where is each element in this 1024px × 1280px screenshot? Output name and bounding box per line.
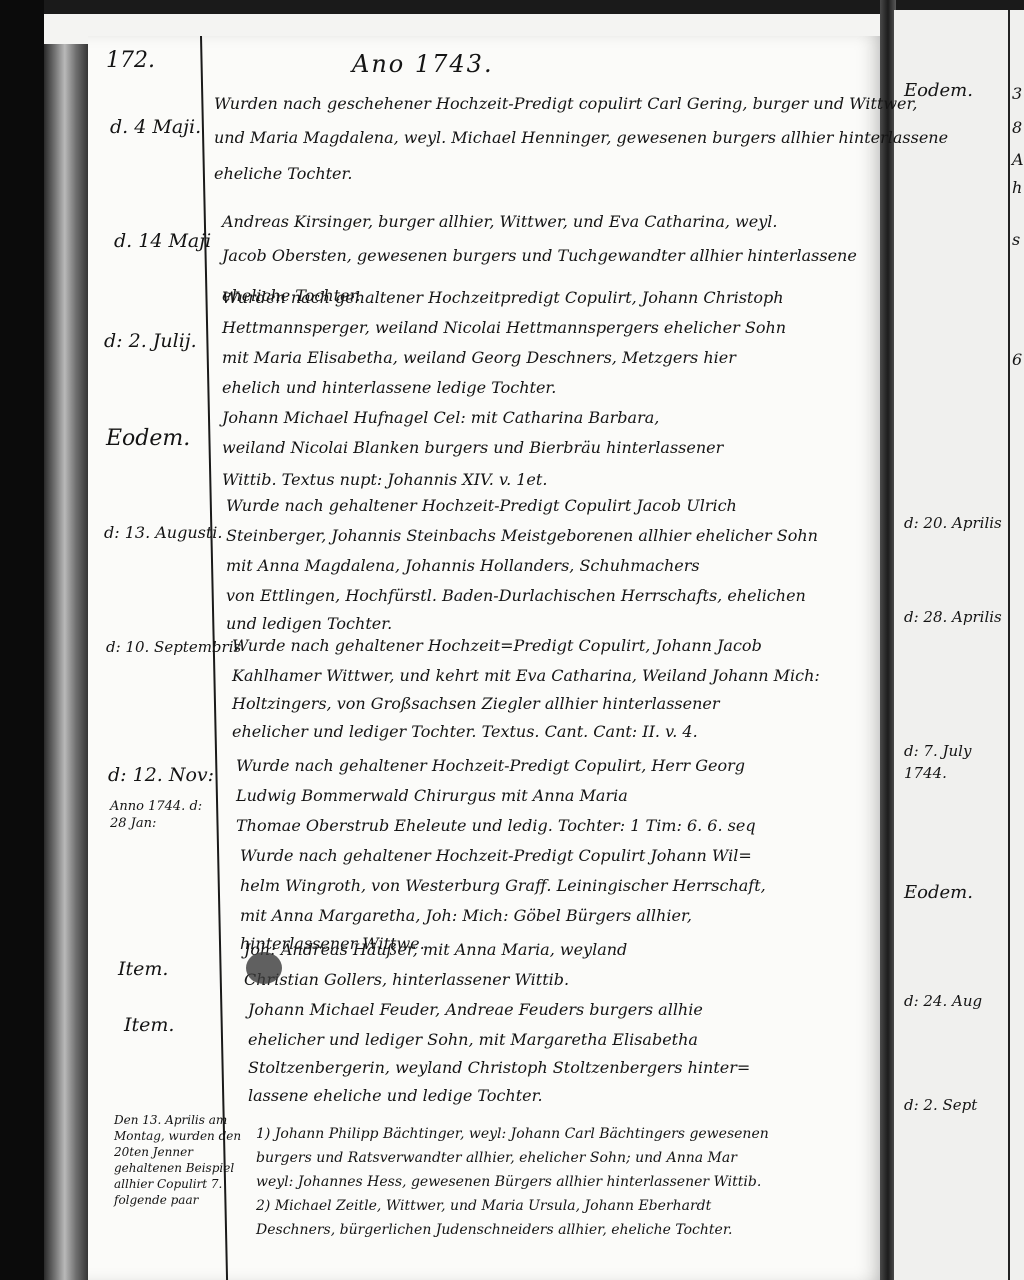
entry-line: Deschners, bürgerlichen Judenschneiders … <box>256 1220 732 1240</box>
facing-page-date: Eodem. <box>904 80 973 102</box>
facing-page-fragment: 8 <box>1012 118 1022 137</box>
entry-line: mit Anna Magdalena, Johannis Hollanders,… <box>226 556 700 576</box>
entry-line: Wittib. Textus nupt: Johannis XIV. v. 1e… <box>222 470 547 490</box>
entry-line: Joh: Andreas Häußer, mit Anna Maria, wey… <box>244 940 627 960</box>
entry-line: eheliche Tochter. <box>214 164 353 184</box>
entry-line: Holtzingers, von Großsachsen Ziegler all… <box>232 694 720 714</box>
entry-line: Kahlhamer Wittwer, und kehrt mit Eva Cat… <box>232 666 820 686</box>
facing-page-fragment: 6 <box>1012 350 1022 369</box>
entry-line: Wurden nach geschehener Hochzeit-Predigt… <box>214 94 917 114</box>
facing-page-date: Eodem. <box>904 882 973 904</box>
entry-line: Christian Gollers, hinterlassener Wittib… <box>244 970 569 990</box>
facing-page-rule <box>1008 10 1010 1280</box>
facing-page-date: d: 24. Aug <box>904 990 982 1012</box>
entry-line: mit Maria Elisabetha, weiland Georg Desc… <box>222 348 736 368</box>
entry-line: ehelicher und lediger Tochter. Textus. C… <box>232 722 698 742</box>
entry-date: d. 14 Maji <box>114 230 211 252</box>
book-spine <box>44 44 90 1280</box>
entry-line: 2) Michael Zeitle, Wittwer, und Maria Ur… <box>256 1196 711 1216</box>
entry-date: Den 13. Aprilis am Montag, wurden den 20… <box>114 1112 254 1208</box>
entry-line: weiland Nicolai Blanken burgers und Bier… <box>222 438 723 458</box>
entry-line: Johann Michael Hufnagel Cel: mit Cathari… <box>222 408 659 428</box>
entry-line: Johann Michael Feuder, Andreae Feuders b… <box>248 1000 703 1020</box>
entry-line: Steinberger, Johannis Steinbachs Meistge… <box>226 526 818 546</box>
entry-line: helm Wingroth, von Westerburg Graff. Lei… <box>240 876 766 896</box>
facing-page-date: d: 7. July 1744. <box>904 740 984 784</box>
year-heading: Ano 1743. <box>352 50 494 78</box>
facing-page-date: d: 2. Sept <box>904 1094 977 1116</box>
entry-line: 1) Johann Philipp Bächtinger, weyl: Joha… <box>256 1124 769 1144</box>
entry-line: Hettmannsperger, weiland Nicolai Hettman… <box>222 318 786 338</box>
entry-line: und ledigen Tochter. <box>226 614 392 634</box>
entry-date: Item. <box>118 958 168 980</box>
entry-line: Stoltzenbergerin, weyland Christoph Stol… <box>248 1058 750 1078</box>
entry-line: und Maria Magdalena, weyl. Michael Henni… <box>214 128 948 148</box>
facing-page-fragment: 3 <box>1012 84 1022 103</box>
entry-line: Thomae Oberstrub Eheleute und ledig. Toc… <box>236 816 756 836</box>
facing-page-fragment: A <box>1012 150 1024 169</box>
entry-line: Wurden nach gehaltener Hochzeitpredigt C… <box>222 288 784 308</box>
entry-line: Wurde nach gehaltener Hochzeit-Predigt C… <box>240 846 752 866</box>
entry-line: Ludwig Bommerwald Chirurgus mit Anna Mar… <box>236 786 628 806</box>
entry-date: d: 10. Septembris <box>106 636 241 658</box>
entry-date: Eodem. <box>106 428 190 450</box>
entry-line: Andreas Kirsinger, burger allhier, Wittw… <box>222 212 777 232</box>
entry-date: d: 2. Julij. <box>104 330 197 352</box>
entry-date: Item. <box>124 1014 174 1036</box>
entry-line: weyl: Johannes Hess, gewesenen Bürgers a… <box>256 1172 761 1192</box>
entry-line: ehelich und hinterlassene ledige Tochter… <box>222 378 556 398</box>
facing-page-date: d: 20. Aprilis <box>904 512 1002 534</box>
entry-date: d. 4 Maji. <box>110 116 201 138</box>
entry-date: d: 12. Nov: <box>108 764 214 786</box>
ink-blot <box>246 952 282 984</box>
entry-line: Wurde nach gehaltener Hochzeit=Predigt C… <box>232 636 762 656</box>
entry-line: mit Anna Margaretha, Joh: Mich: Göbel Bü… <box>240 906 692 926</box>
entry-line: von Ettlingen, Hochfürstl. Baden-Durlach… <box>226 586 806 606</box>
entry-line: Jacob Obersten, gewesenen burgers und Tu… <box>222 246 857 266</box>
entry-date: Anno 1744. d: 28 Jan: <box>110 798 206 832</box>
entry-date: d: 13. Augusti. <box>104 522 223 544</box>
entry-line: ehelicher und lediger Sohn, mit Margaret… <box>248 1030 698 1050</box>
entry-line: Wurde nach gehaltener Hochzeit-Predigt C… <box>236 756 745 776</box>
facing-page-fragment: s <box>1012 230 1020 249</box>
entry-line: burgers und Ratsverwandter allhier, ehel… <box>256 1148 737 1168</box>
facing-page-date: d: 28. Aprilis <box>904 606 1002 628</box>
entry-line: Wurde nach gehaltener Hochzeit-Predigt C… <box>226 496 737 516</box>
facing-page-fragment: h <box>1012 178 1022 197</box>
facing-page <box>894 10 1024 1280</box>
page-number: 172. <box>106 48 155 73</box>
entry-line: lassene eheliche und ledige Tochter. <box>248 1086 543 1106</box>
